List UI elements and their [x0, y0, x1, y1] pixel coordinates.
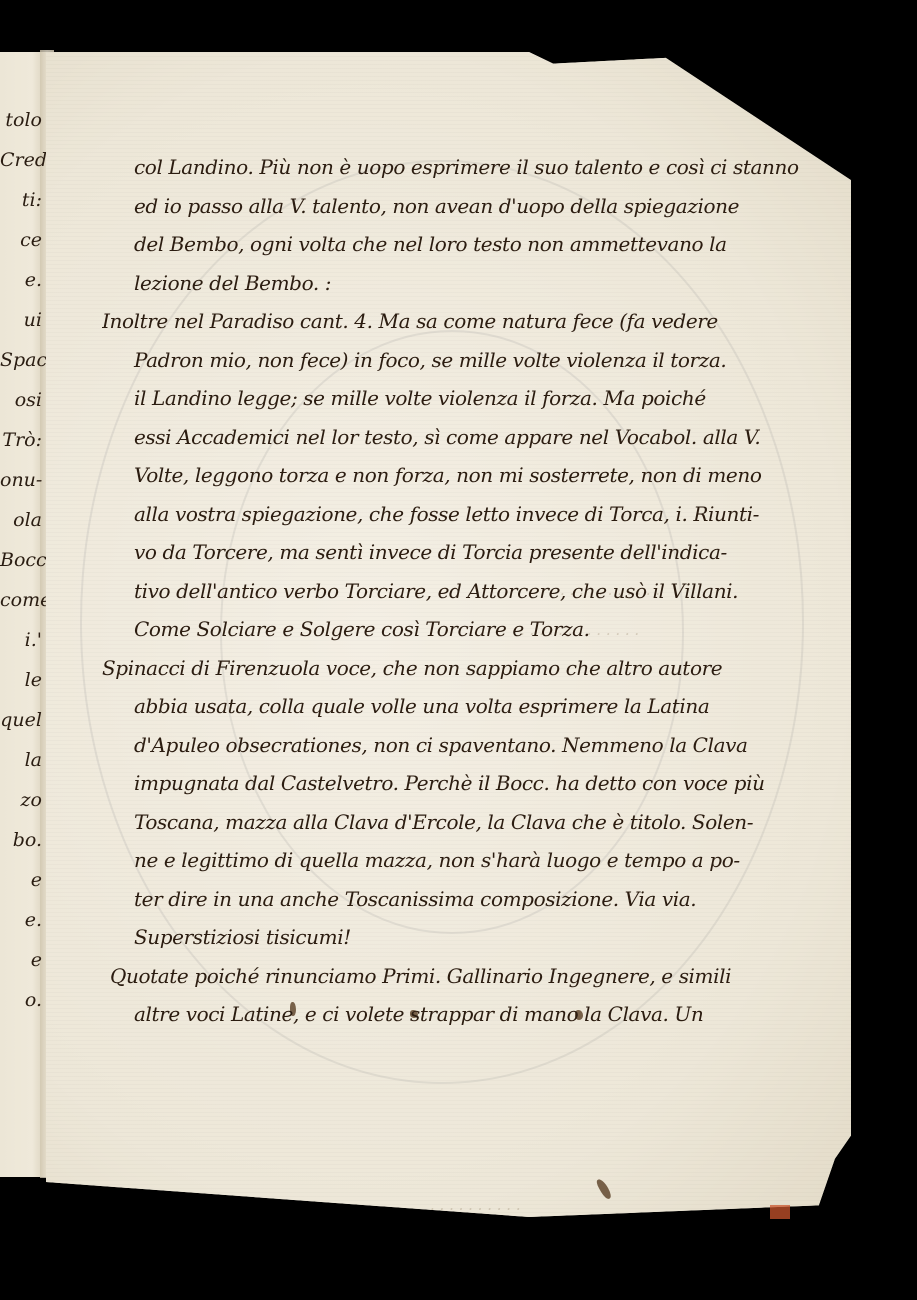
left-line: e.	[0, 260, 46, 300]
left-line: come	[0, 580, 46, 620]
left-line: Credo	[0, 140, 46, 180]
manuscript-line: ne e legittimo di quella mazza, non s'ha…	[110, 841, 855, 880]
manuscript-line: Come Solciare e Solgere così Torciare e …	[110, 610, 855, 649]
left-line: osi	[0, 380, 46, 420]
manuscript-line: tivo dell'antico verbo Torciare, ed Atto…	[110, 572, 855, 611]
left-line: Space	[0, 340, 46, 380]
manuscript-text: col Landino. Più non è uopo esprimere il…	[110, 148, 855, 1034]
manuscript-line: Inoltre nel Paradiso cant. 4. Ma sa come…	[102, 302, 855, 341]
left-line: quel	[0, 700, 46, 740]
manuscript-line: Toscana, mazza alla Clava d'Ercole, la C…	[110, 803, 855, 842]
manuscript-line: col Landino. Più non è uopo esprimere il…	[110, 148, 855, 187]
manuscript-line: Padron mio, non fece) in foco, se mille …	[110, 341, 855, 380]
left-line: ola	[0, 500, 46, 540]
left-line: tolo	[0, 100, 46, 140]
bleed-through-text: · · · · · · · · · ·	[430, 1200, 521, 1218]
left-line: la	[0, 740, 46, 780]
manuscript-line: abbia usata, colla quale volle una volta…	[110, 687, 855, 726]
manuscript-line: impugnata dal Castelvetro. Perchè il Boc…	[110, 764, 855, 803]
manuscript-line: Superstiziosi tisicumi!	[110, 918, 855, 957]
manuscript-line: d'Apuleo obsecrationes, non ci spaventan…	[110, 726, 855, 765]
manuscript-line: lezione del Bembo. :	[110, 264, 855, 303]
left-line: zo	[0, 780, 46, 820]
left-line: onu-	[0, 460, 46, 500]
manuscript-line: alla vostra spiegazione, che fosse letto…	[110, 495, 855, 534]
left-line: ce	[0, 220, 46, 260]
manuscript-line: ter dire in una anche Toscanissima compo…	[110, 880, 855, 919]
manuscript-line: altre voci Latine, e ci volete strappar …	[110, 995, 855, 1034]
red-ink-mark	[770, 1205, 790, 1219]
manuscript-line: il Landino legge; se mille volte violenz…	[110, 379, 855, 418]
manuscript-line: ed io passo alla V. talento, non avean d…	[110, 187, 855, 226]
left-line: o.	[0, 980, 46, 1020]
manuscript-line: vo da Torcere, ma sentì invece di Torcia…	[110, 533, 855, 572]
manuscript-line: Spinacci di Firenzuola voce, che non sap…	[102, 649, 855, 688]
left-line: e	[0, 860, 46, 900]
left-line: bo.	[0, 820, 46, 860]
manuscript-line: Quotate poiché rinunciamo Primi. Gallina…	[110, 957, 855, 996]
left-line: Bocci	[0, 540, 46, 580]
left-line: ti:	[0, 180, 46, 220]
left-line: e	[0, 940, 46, 980]
left-line: e.	[0, 900, 46, 940]
manuscript-line: essi Accademici nel lor testo, sì come a…	[110, 418, 855, 457]
left-line: le	[0, 660, 46, 700]
manuscript-line: del Bembo, ogni volta che nel loro testo…	[110, 225, 855, 264]
left-line: Trò:	[0, 420, 46, 460]
left-line: ui	[0, 300, 46, 340]
left-page-text: tolo Credo ti: ce e. ui Space osi Trò: o…	[0, 100, 46, 1020]
left-line: i.'	[0, 620, 46, 660]
manuscript-line: Volte, leggono torza e non forza, non mi…	[110, 456, 855, 495]
